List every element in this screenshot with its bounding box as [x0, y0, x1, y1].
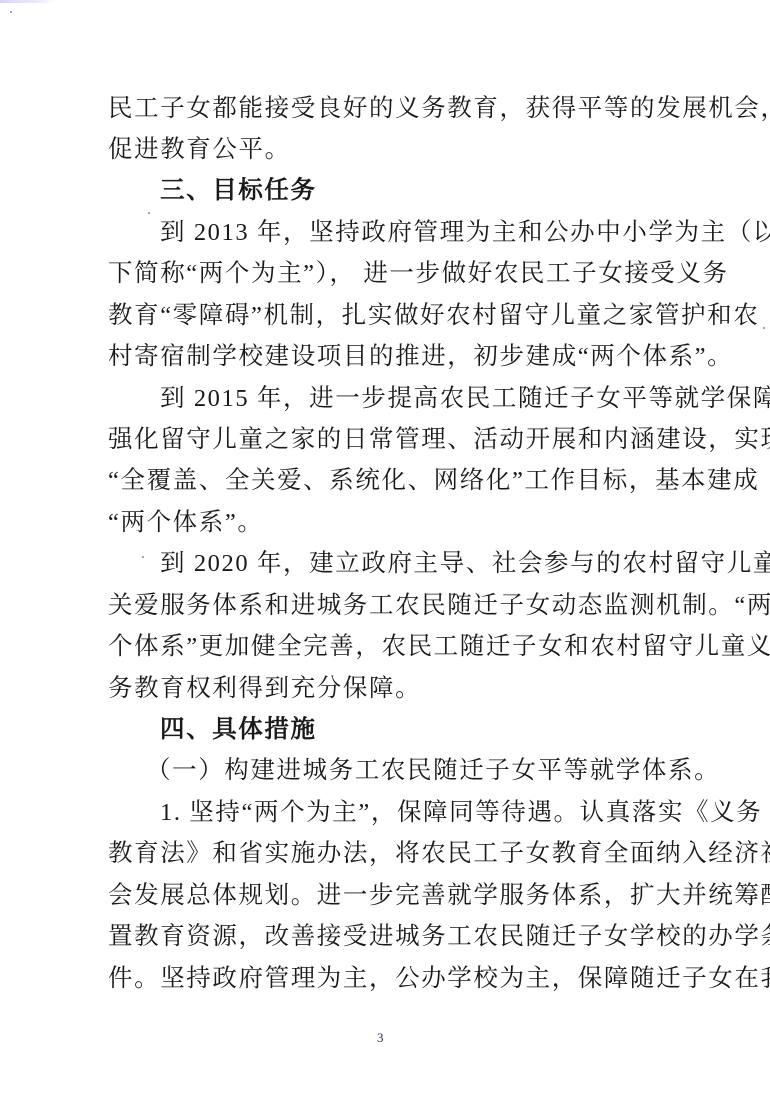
- paragraph-line: “全覆盖、全关爱、系统化、网络化”工作目标，基本建成: [108, 466, 759, 496]
- page-number: 3: [377, 1030, 384, 1046]
- paragraph-line: 到 2020 年，建立政府主导、社会参与的农村留守儿童: [160, 549, 770, 579]
- paragraph-line: 下简称“两个为主”）， 进一步做好农民工子女接受义务: [108, 259, 729, 289]
- paragraph-line: 关爱服务体系和进城务工农民随迁子女动态监测机制。“两: [108, 591, 770, 621]
- paragraph-line: 教育法》和省实施办法，将农民工子女教育全面纳入经济社: [108, 839, 770, 869]
- scan-speck: [763, 327, 765, 329]
- paragraph-line: 村寄宿制学校建设项目的推进，初步建成“两个体系”。: [108, 342, 733, 372]
- paragraph-line: “两个体系”。: [108, 508, 263, 538]
- scan-speck: [142, 556, 144, 558]
- scan-speck: [10, 11, 12, 13]
- paragraph-line: 到 2015 年，进一步提高农民工随迁子女平等就学保障，: [160, 384, 770, 414]
- section-heading-measures: 四、具体措施: [160, 715, 317, 745]
- paragraph-line: 会发展总体规划。进一步完善就学服务体系，扩大并统筹配: [108, 881, 770, 911]
- paragraph-line: 教育“零障碍”机制，扎实做好农村留守儿童之家管护和农: [108, 301, 759, 331]
- paragraph-line: 置教育资源，改善接受进城务工农民随迁子女学校的办学条: [108, 922, 770, 952]
- scan-speck: [148, 212, 150, 214]
- section-heading-goals: 三、目标任务: [160, 176, 317, 206]
- paragraph-line: 1. 坚持“两个为主”，保障同等待遇。认真落实《义务: [160, 798, 762, 828]
- subsection-heading: （一）构建进城务工农民随迁子女平等就学体系。: [146, 756, 720, 786]
- paragraph-line: 促进教育公平。: [108, 135, 291, 165]
- paragraph-line: 务教育权利得到充分保障。: [108, 674, 421, 704]
- paragraph-line: 个体系”更加健全完善，农民工随迁子女和农村留守儿童义: [108, 632, 770, 662]
- paragraph-line: 民工子女都能接受良好的义务教育，获得平等的发展机会，: [108, 94, 770, 124]
- document-page: 民工子女都能接受良好的义务教育，获得平等的发展机会， 促进教育公平。 三、目标任…: [0, 0, 770, 1099]
- paragraph-line: 件。坚持政府管理为主，公办学校为主，保障随迁子女在我: [108, 964, 770, 994]
- paragraph-line: 到 2013 年，坚持政府管理为主和公办中小学为主（以: [160, 218, 770, 248]
- paragraph-line: 强化留守儿童之家的日常管理、活动开展和内涵建设，实现: [108, 425, 770, 455]
